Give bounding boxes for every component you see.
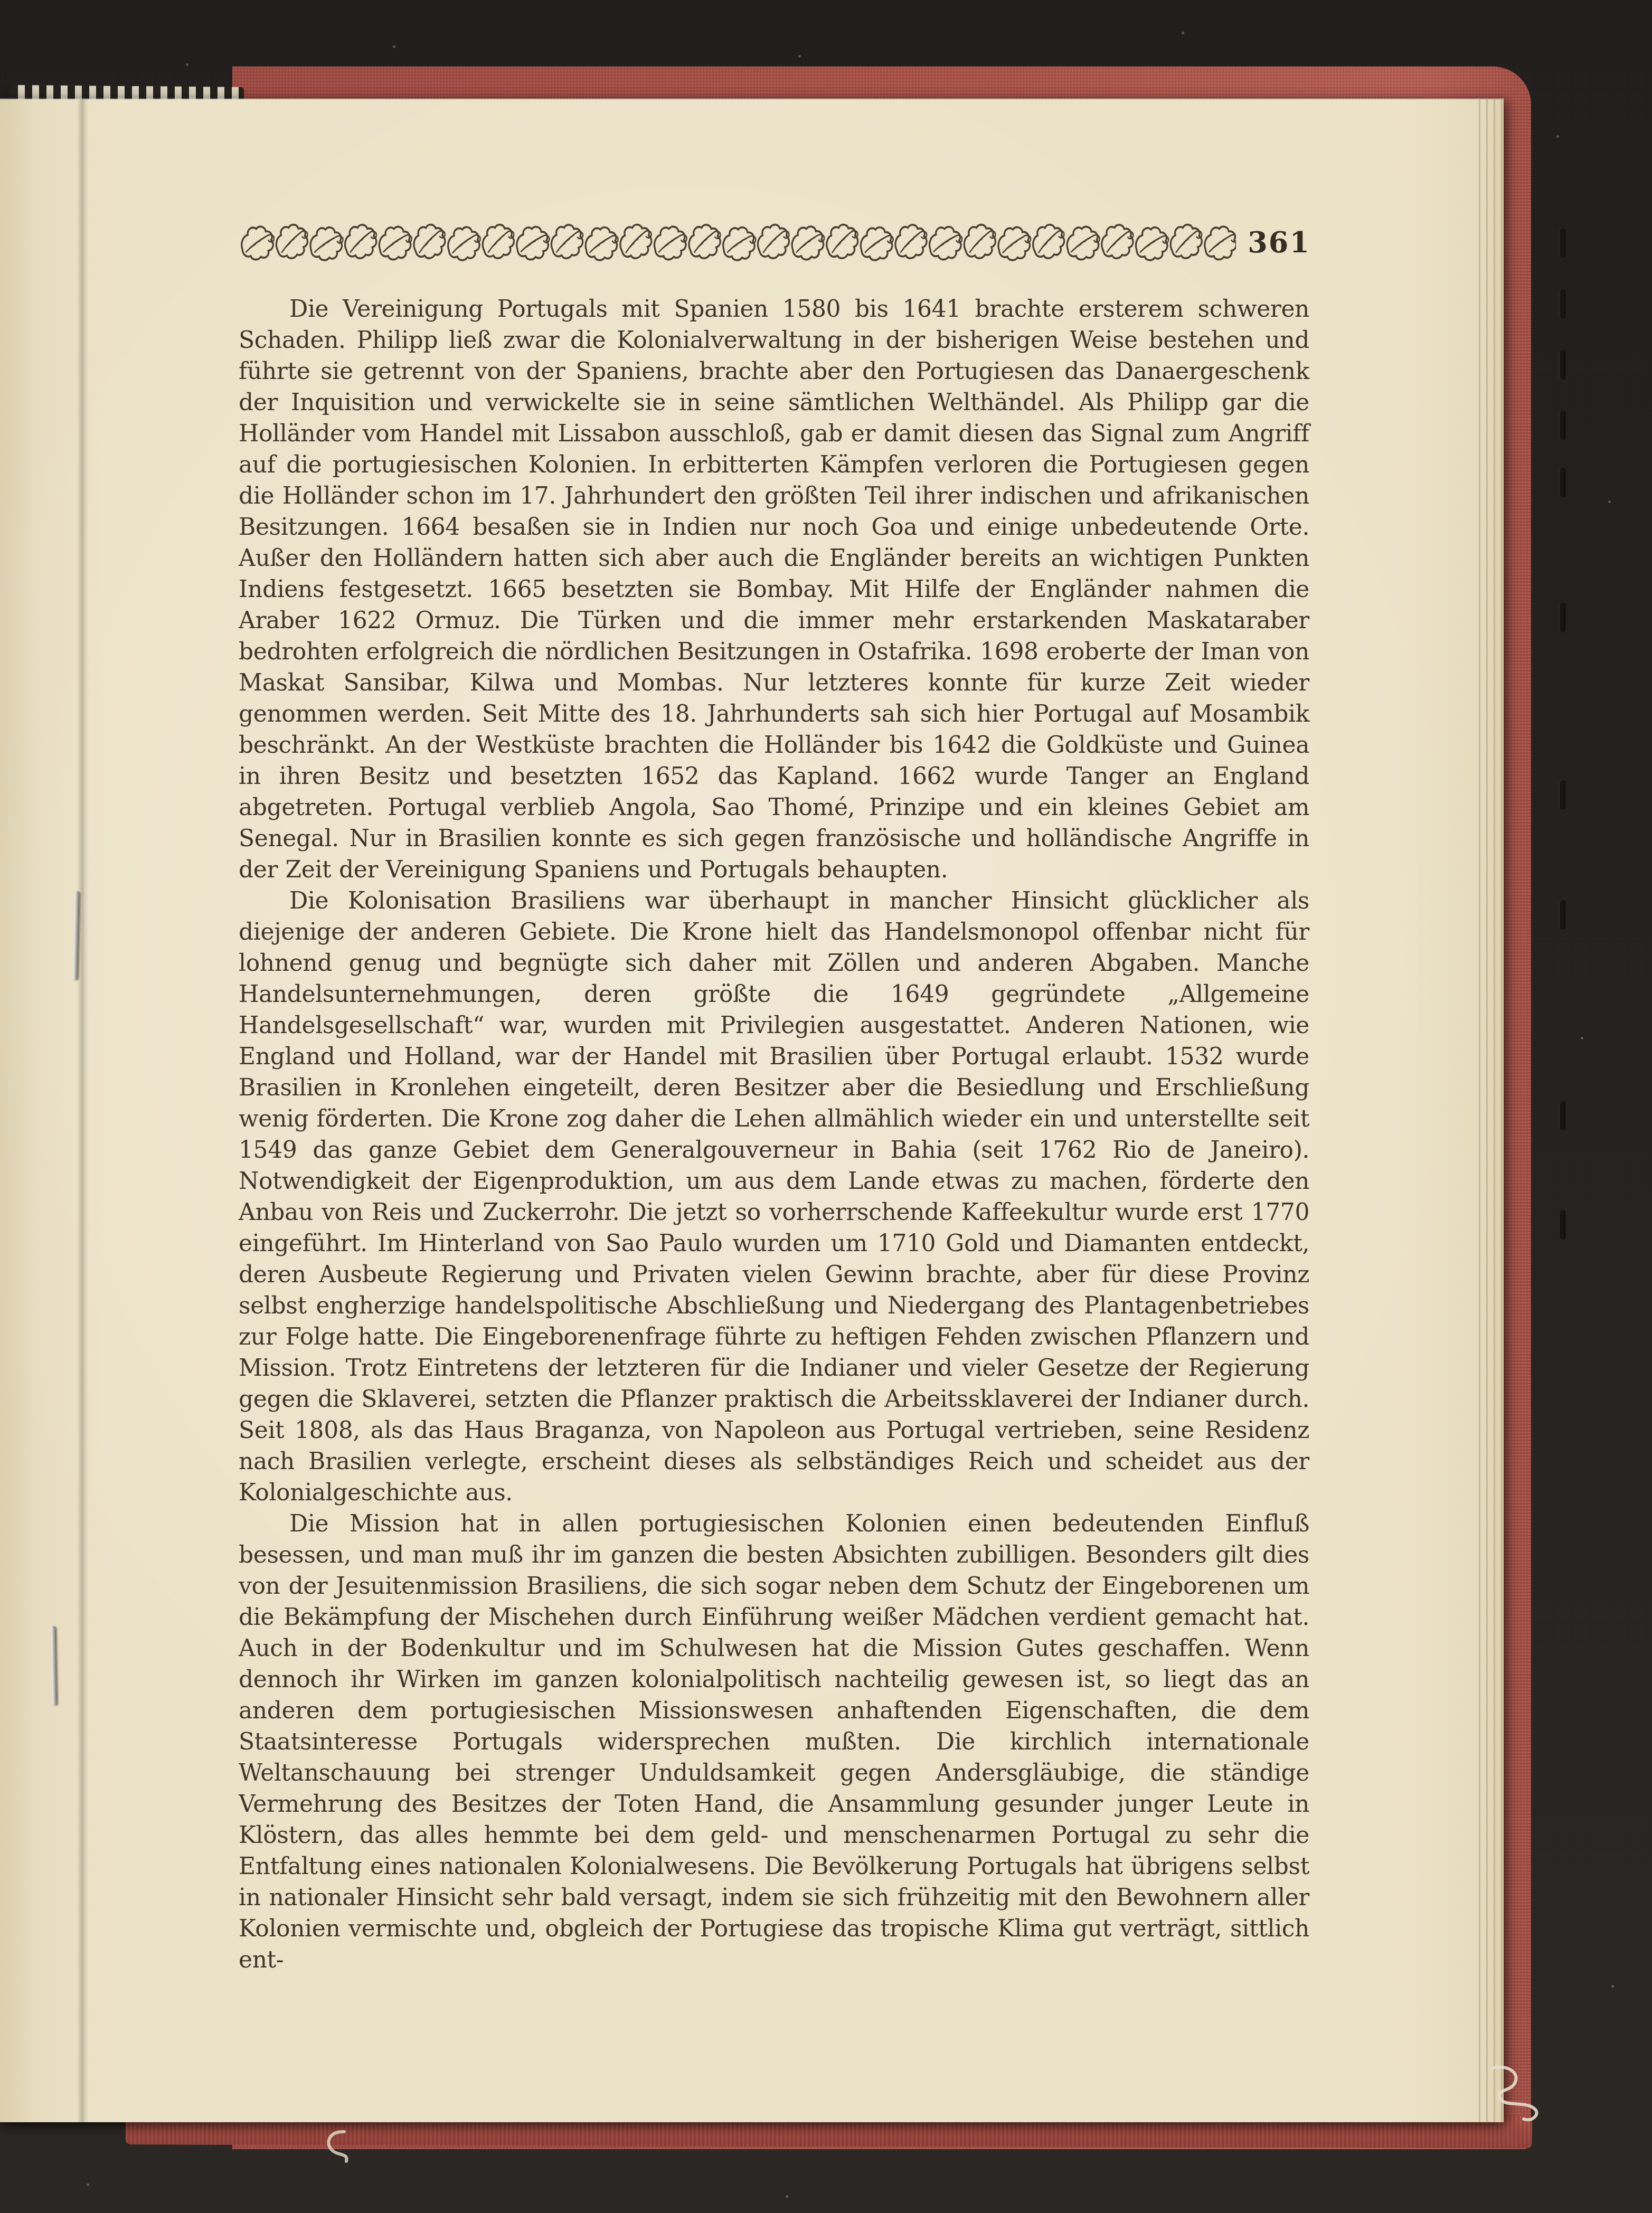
book-page: 361 Die Vereinigung Portugals mit Spanie… xyxy=(0,99,1504,2122)
dust-speck xyxy=(1581,1037,1583,1039)
dust-speck xyxy=(1608,500,1611,503)
dust-speck xyxy=(798,55,801,58)
dust-speck xyxy=(87,2183,89,2186)
stitch-mark xyxy=(1559,1210,1565,1240)
stitch-mark xyxy=(1559,603,1565,632)
stitch-mark xyxy=(1559,411,1565,440)
dust-speck xyxy=(1182,32,1184,34)
loose-thread xyxy=(319,2127,356,2170)
stitch-mark xyxy=(1559,1101,1565,1130)
fore-edge-page-stack xyxy=(1473,99,1504,2122)
gutter-crease xyxy=(77,99,89,2122)
page-header: 361 xyxy=(239,221,1310,264)
scan-background: { "document": { "kind": "scanned-book-pa… xyxy=(0,0,1652,2213)
stitch-mark xyxy=(1559,228,1565,258)
stitch-mark xyxy=(1559,780,1565,810)
page-number: 361 xyxy=(1248,223,1310,262)
staple xyxy=(51,1626,58,1705)
stitch-mark xyxy=(1559,468,1565,497)
paragraph: Die Kolonisation Brasiliens war überhaup… xyxy=(239,885,1309,1508)
dust-speck xyxy=(1611,1985,1614,1988)
body-text: Die Vereinigung Portugals mit Spanien 15… xyxy=(239,294,1309,1975)
stitch-mark xyxy=(1559,350,1565,380)
dust-speck xyxy=(393,45,395,48)
oak-leaf-ornament-band-icon xyxy=(239,223,1236,262)
dust-speck xyxy=(186,63,188,66)
dust-speck xyxy=(1556,135,1559,138)
paragraph: Die Vereinigung Portugals mit Spanien 15… xyxy=(239,294,1309,885)
loose-thread xyxy=(1485,2063,1548,2137)
stitch-mark xyxy=(1559,289,1565,319)
stitch-mark xyxy=(1559,900,1565,930)
paragraph: Die Mission hat in allen portugiesischen… xyxy=(239,1508,1309,1975)
dust-speck xyxy=(786,2195,788,2198)
